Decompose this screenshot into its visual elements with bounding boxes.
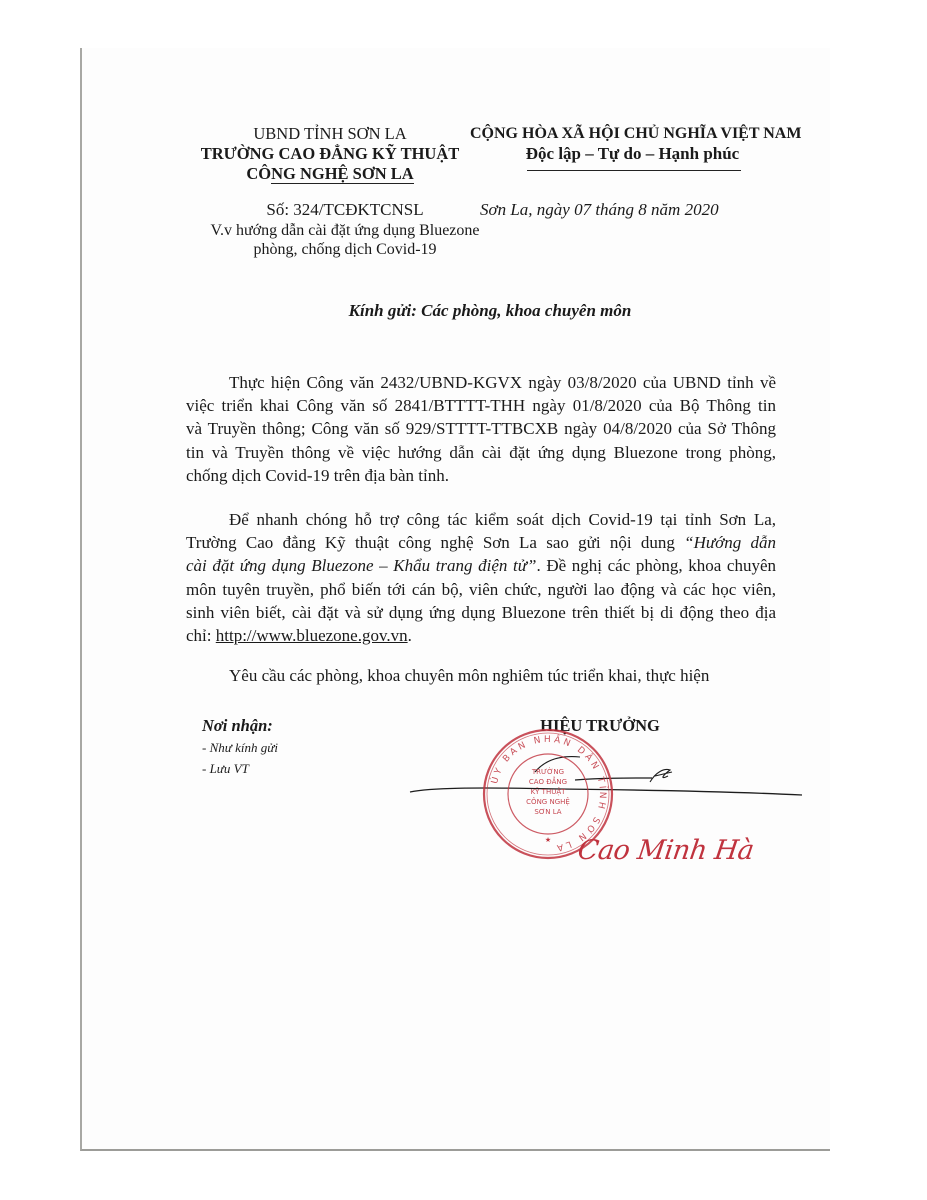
recipient-item: - Lưu VT	[202, 761, 249, 777]
issuer-name-line1: TRƯỜNG CAO ĐẲNG KỸ THUẬT	[180, 144, 480, 164]
issuer-name-line2: CÔNG NGHỆ SƠN LA	[180, 164, 480, 184]
body-paragraph-1: Thực hiện Công văn 2432/UBND-KGVX ngày 0…	[186, 371, 776, 487]
issuer-name-prefix: CÔ	[246, 164, 271, 183]
svg-text:CAO ĐẲNG: CAO ĐẲNG	[529, 776, 567, 786]
paragraph-line: chống dịch Covid-19 trên địa bàn tỉnh.	[186, 464, 776, 487]
paragraph-line: Trường Cao đẳng Kỹ thuật công nghệ Sơn L…	[186, 531, 776, 554]
national-title: CỘNG HÒA XÃ HỘI CHỦ NGHĨA VIỆT NAM	[470, 124, 795, 144]
paragraph-text: chỉ:	[186, 626, 216, 645]
paragraph-line: môn tuyên truyền, phổ biến tới cán bộ, v…	[186, 578, 776, 601]
issuer-name-underlined: NG NGHỆ SƠN LA	[271, 164, 414, 184]
reference-block: Số: 324/TCĐKTCNSL V.v hướng dẫn cài đặt …	[195, 199, 495, 259]
paragraph-line: tin và Truyền thông về việc hướng dẫn cà…	[186, 441, 776, 464]
subject-line2: phòng, chống dịch Covid-19	[195, 240, 495, 259]
paragraph-line: sinh viên biết, cài đặt và sử dụng ứng d…	[186, 601, 776, 624]
paragraph-text: Trường Cao đẳng Kỹ thuật công nghệ Sơn L…	[186, 533, 684, 552]
body-paragraph-3: Yêu cầu các phòng, khoa chuyên môn nghiê…	[186, 664, 776, 687]
recipient-heading: Kính gửi: Các phòng, khoa chuyên môn	[190, 301, 790, 321]
paragraph-line: Thực hiện Công văn 2432/UBND-KGVX ngày 0…	[186, 371, 776, 394]
svg-text:★: ★	[545, 836, 551, 844]
body-paragraph-2: Để nhanh chóng hỗ trợ công tác kiểm soát…	[186, 508, 776, 647]
quoted-title-start: “Hướng dẫn	[684, 533, 776, 552]
document-date: Sơn La, ngày 07 tháng 8 năm 2020	[480, 200, 810, 220]
signer-name: Cao Minh Hà	[576, 835, 756, 866]
issuer-authority: UBND TỈNH SƠN LA	[180, 124, 480, 144]
recipients-title: Nơi nhận:	[202, 716, 273, 736]
recipient-item: - Như kính gửi	[202, 740, 278, 756]
paragraph-text: .	[408, 626, 412, 645]
motto-underline	[527, 170, 741, 171]
subject-line1: V.v hướng dẫn cài đặt ứng dụng Bluezone	[195, 221, 495, 240]
national-motto-block: CỘNG HÒA XÃ HỘI CHỦ NGHĨA VIỆT NAM Độc l…	[470, 124, 795, 164]
paragraph-line: và Truyền thông; Công văn số 929/STTTT-T…	[186, 417, 776, 440]
quoted-title-end: cài đặt ứng dụng Bluezone – Khẩu trang đ…	[186, 556, 537, 575]
svg-text:TRƯỜNG: TRƯỜNG	[531, 767, 564, 776]
paragraph-line: Yêu cầu các phòng, khoa chuyên môn nghiê…	[186, 664, 776, 687]
svg-text:CÔNG NGHỆ: CÔNG NGHỆ	[526, 797, 570, 806]
paragraph-line: chỉ: http://www.bluezone.gov.vn.	[186, 624, 776, 647]
paragraph-text: . Đề nghị các phòng, khoa chuyên	[537, 556, 777, 575]
svg-text:KỸ THUẬT: KỸ THUẬT	[531, 787, 567, 796]
paragraph-line: Để nhanh chóng hỗ trợ công tác kiểm soát…	[186, 508, 776, 531]
document-number: Số: 324/TCĐKTCNSL	[195, 199, 495, 221]
bluezone-link[interactable]: http://www.bluezone.gov.vn	[216, 626, 408, 645]
paragraph-line: việc triển khai Công văn số 2841/BTTTT-T…	[186, 394, 776, 417]
svg-text:SƠN LA: SƠN LA	[534, 808, 561, 816]
paragraph-line: cài đặt ứng dụng Bluezone – Khẩu trang đ…	[186, 554, 776, 577]
national-motto: Độc lập – Tự do – Hạnh phúc	[470, 144, 795, 164]
issuer-block: UBND TỈNH SƠN LA TRƯỜNG CAO ĐẲNG KỸ THUẬ…	[180, 124, 480, 184]
